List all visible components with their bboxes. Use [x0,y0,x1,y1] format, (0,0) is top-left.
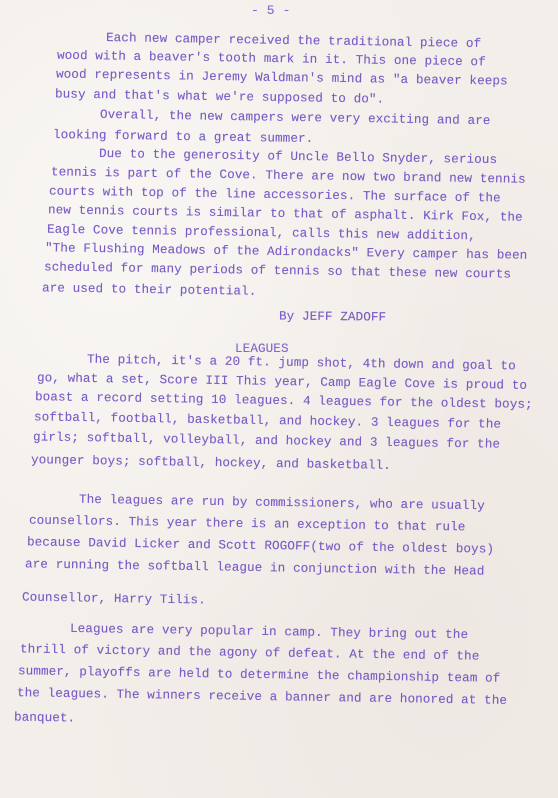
article1-line: Due to the generosity of Uncle Bello Sny… [99,147,497,167]
article1-line: wood represents in Jeremy Waldman's mind… [56,67,508,88]
article1-line: busy and that's what we're supposed to d… [55,87,384,106]
article1-line: Eagle Cove tennis professional, calls th… [47,223,476,244]
article2-line: thrill of victory and the agony of defea… [20,642,480,663]
article2-line: boast a record setting 10 leagues. 4 lea… [35,390,533,412]
article1-line: Overall, the new campers were very excit… [100,108,491,128]
article2-line: summer, playoffs are held to determine t… [18,664,501,686]
article2-line: are running the softball league in conju… [25,557,485,578]
article2-line: Counsellor, Harry Tilis. [22,591,206,608]
article2-line: go, what a set, Score III This year, Cam… [37,371,527,393]
article2-line: the leagues. The winners receive a banne… [17,686,507,708]
article1-line: wood with a beaver's tooth mark in it. T… [57,49,486,70]
article2-line: Leagues are very popular in camp. They b… [70,622,468,642]
article2-line: softball, football, basketball, and hock… [34,410,501,431]
article1-line: tennis is part of the Cove. There are no… [51,165,526,186]
article2-line: The pitch, it's a 20 ft. jump shot, 4th … [87,353,516,374]
article1-line: scheduled for many periods of tennis so … [44,260,511,281]
article1-line: courts with top of the line accessories.… [49,184,501,205]
article1-line: new tennis courts is similar to that of … [48,203,523,224]
article2-line: The leagues are run by commissioners, wh… [79,493,485,513]
article1-line: Each new camper received the traditional… [106,31,481,51]
article1-line: are used to their potential. [42,281,257,298]
article-title: LEAGUES [235,342,289,356]
article2-line: banquet. [14,711,75,726]
article2-line: because David Licker and Scott ROGOFF(tw… [27,535,494,556]
page-number: - 5 - [251,4,291,18]
article2-line: counsellors. This year there is an excep… [29,514,466,535]
article2-line: girls; softball, volleyball, and hockey … [33,430,500,451]
byline: By JEFF ZADOFF [279,309,386,324]
article1-line: looking forward to a great summer. [53,128,314,146]
paper-page: - 5 - Each new camper received the tradi… [0,0,558,798]
article1-line: "The Flushing Meadows of the Adirondacks… [45,241,528,263]
article2-line: younger boys; softball, hockey, and bask… [31,453,391,473]
